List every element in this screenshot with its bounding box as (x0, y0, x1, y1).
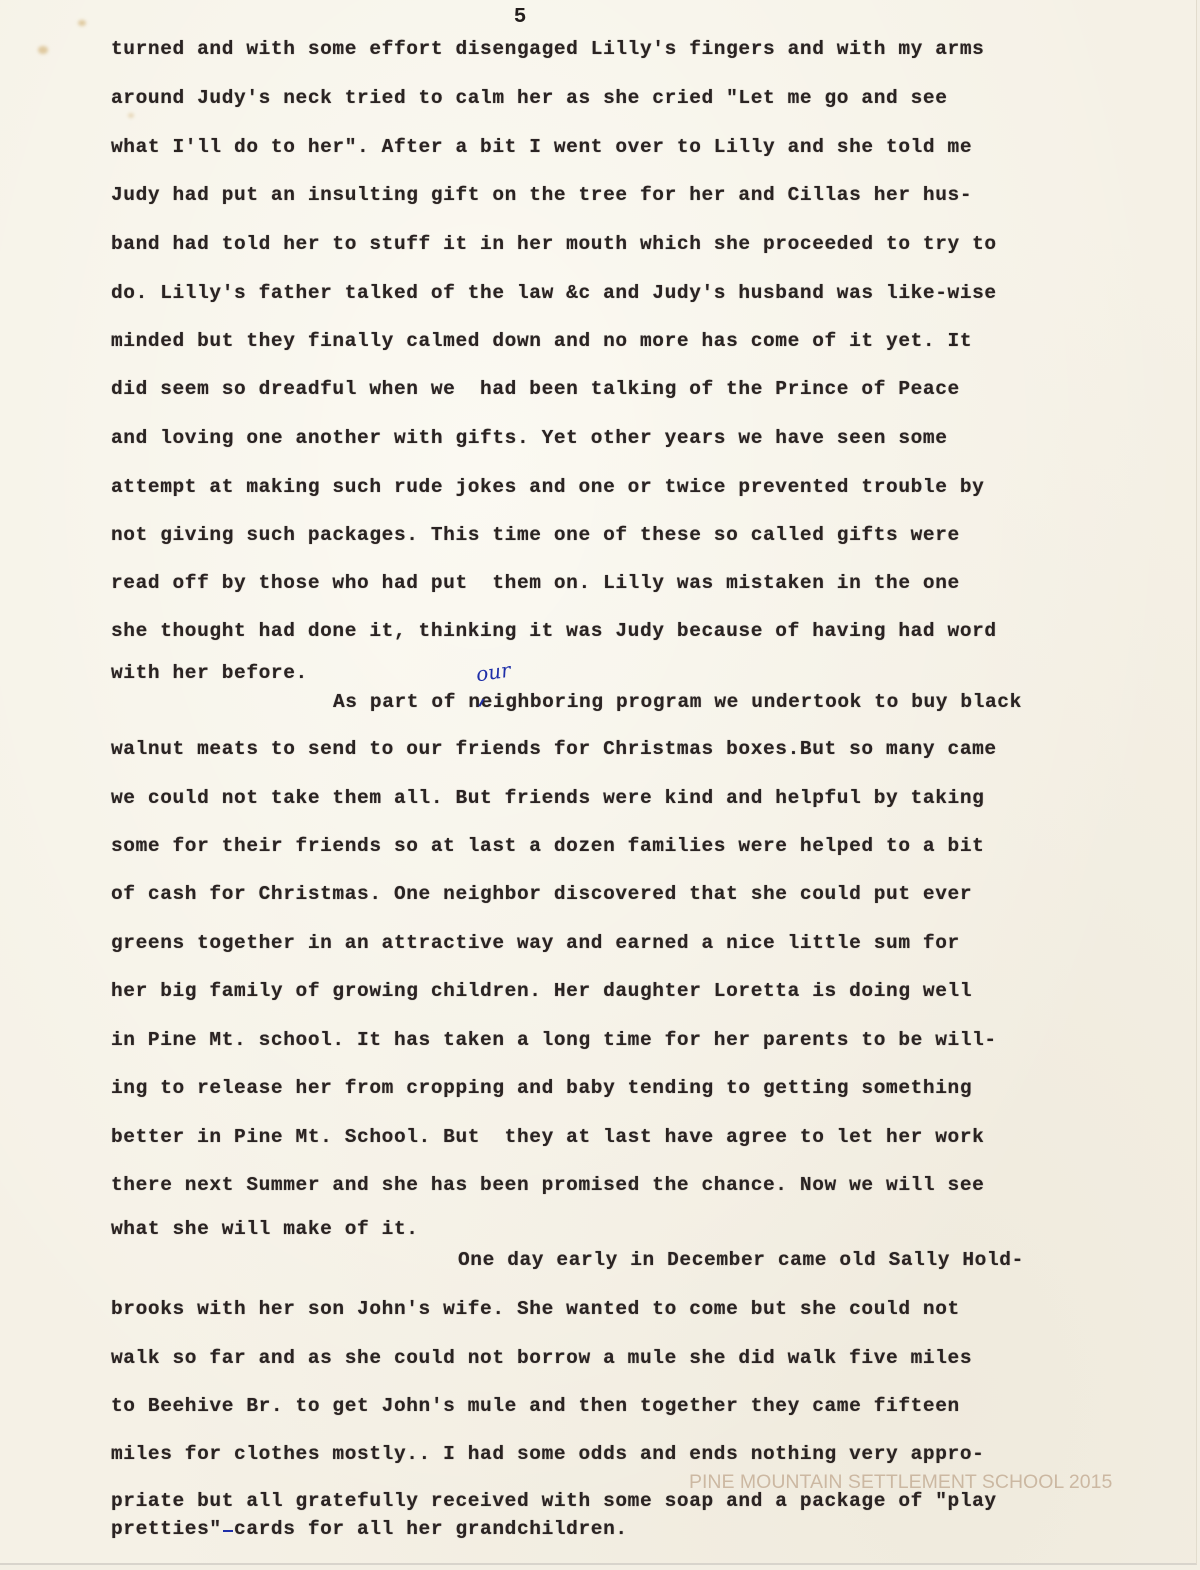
paper-stain (38, 46, 48, 54)
text-line: some for their friends so at last a doze… (111, 835, 984, 857)
text-line: to Beehive Br. to get John's mule and th… (111, 1395, 960, 1417)
text-line: As part of neighboring program we undert… (333, 691, 1022, 713)
text-line: pretties" cards for all her grandchildre… (111, 1518, 628, 1540)
text-line: not giving such packages. This time one … (111, 524, 960, 546)
text-line: band had told her to stuff it in her mou… (111, 233, 997, 255)
text-line: there next Summer and she has been promi… (111, 1174, 984, 1196)
text-line: do. Lilly's father talked of the law &c … (111, 282, 997, 304)
text-line: her big family of growing children. Her … (111, 980, 972, 1002)
text-line: brooks with her son John's wife. She wan… (111, 1298, 960, 1320)
watermark: PINE MOUNTAIN SETTLEMENT SCHOOL 2015 (689, 1471, 1112, 1494)
text-line: with her before. (111, 662, 308, 684)
text-line: around Judy's neck tried to calm her as … (111, 87, 948, 109)
text-line: greens together in an attractive way and… (111, 932, 960, 954)
paper-stain (128, 113, 134, 118)
text-line: attempt at making such rude jokes and on… (111, 476, 984, 498)
text-line: walnut meats to send to our friends for … (111, 738, 997, 760)
text-line: what I'll do to her". After a bit I went… (111, 136, 972, 158)
text-line: what she will make of it. (111, 1218, 419, 1240)
text-line: One day early in December came old Sally… (458, 1249, 1024, 1271)
paper-stain (78, 20, 86, 26)
text-line: turned and with some effort disengaged L… (111, 38, 984, 60)
text-line: miles for clothes mostly.. I had some od… (111, 1443, 984, 1465)
text-line: of cash for Christmas. One neighbor disc… (111, 883, 972, 905)
typed-letter-page: 5 turned and with some effort disengaged… (0, 0, 1197, 1565)
text-line: did seem so dreadful when we had been ta… (111, 378, 960, 400)
text-line: Judy had put an insulting gift on the tr… (111, 184, 972, 206)
text-line: minded but they finally calmed down and … (111, 330, 972, 352)
text-line: and loving one another with gifts. Yet o… (111, 427, 948, 449)
text-line: read off by those who had put them on. L… (111, 572, 960, 594)
text-line: ing to release her from cropping and bab… (111, 1077, 972, 1099)
text-line: we could not take them all. But friends … (111, 787, 984, 809)
page-number: 5 (300, 6, 740, 29)
text-line: she thought had done it, thinking it was… (111, 620, 997, 642)
text-line: better in Pine Mt. School. But they at l… (111, 1126, 984, 1148)
text-line: in Pine Mt. school. It has taken a long … (111, 1029, 997, 1051)
handwritten-arrow-icon (223, 1530, 233, 1532)
text-line: walk so far and as she could not borrow … (111, 1347, 972, 1369)
handwritten-insertion: our (474, 658, 511, 687)
